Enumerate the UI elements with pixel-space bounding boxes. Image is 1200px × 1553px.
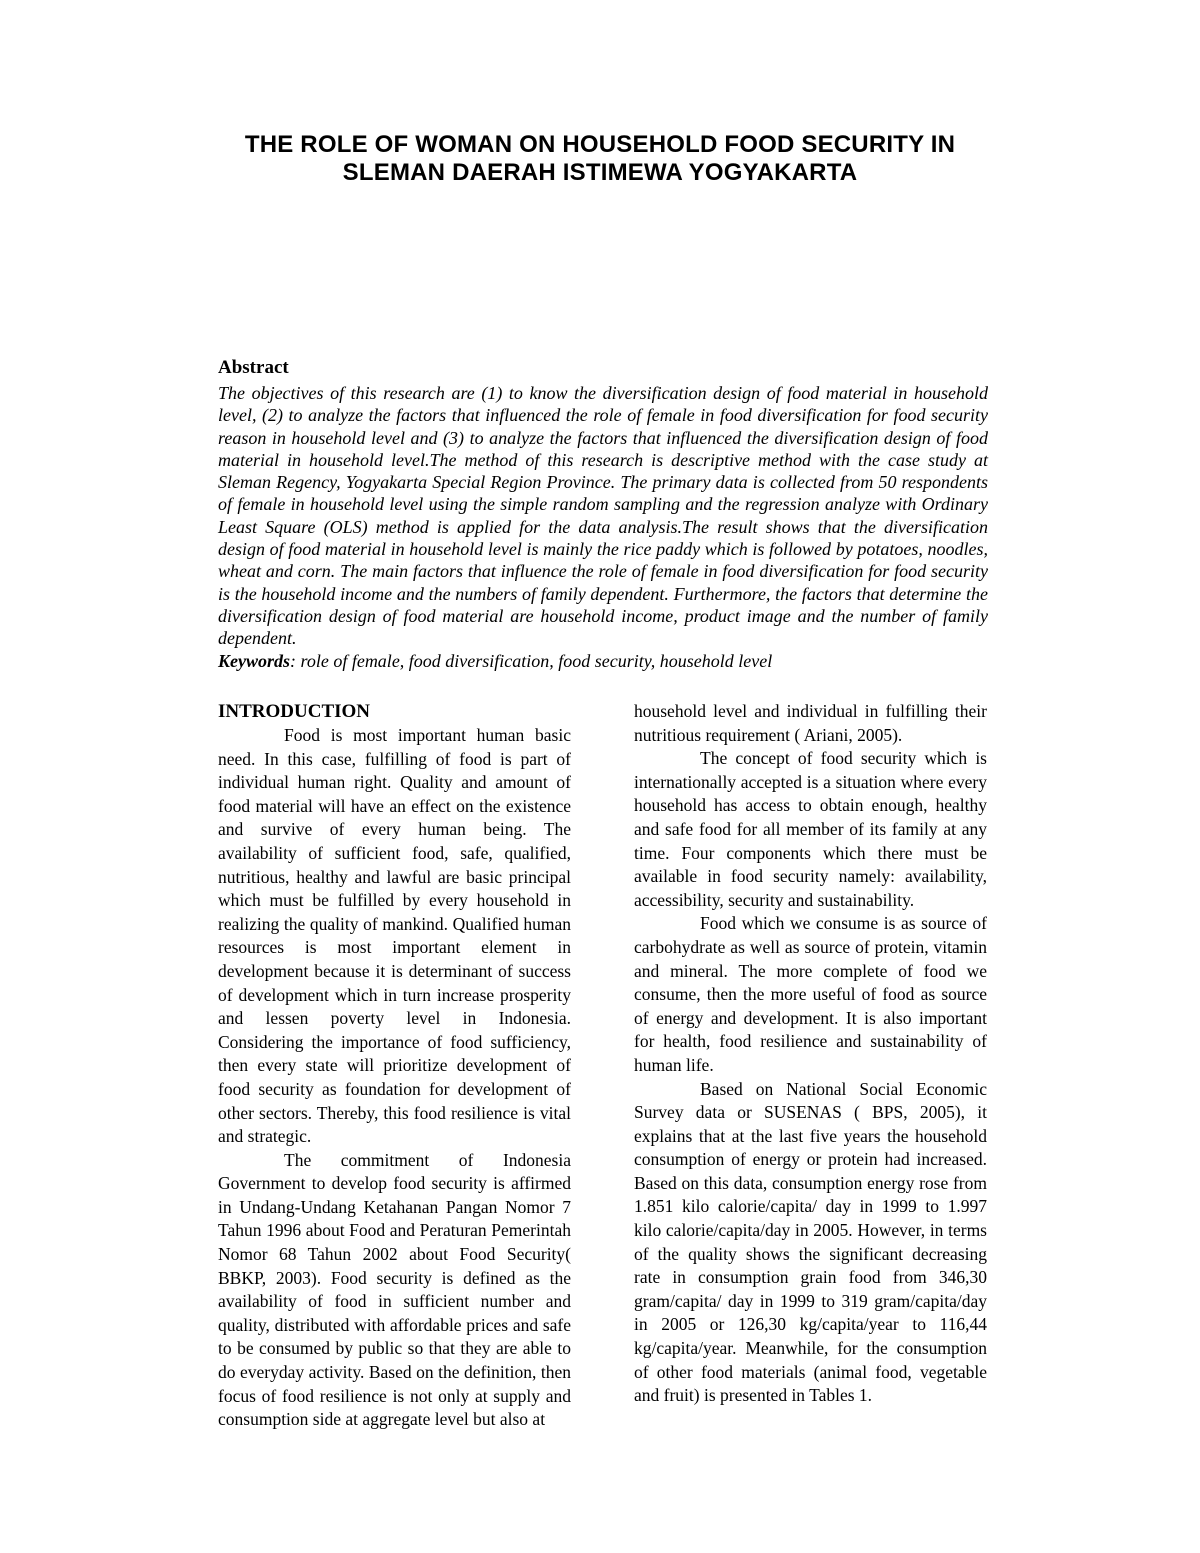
paper-title-line-2: SLEMAN DAERAH ISTIMEWA YOGYAKARTA [0, 159, 1200, 187]
paragraph-intro-right-1: household level and individual in fulfil… [634, 700, 987, 747]
right-column: household level and individual in fulfil… [634, 700, 987, 1432]
paragraph-intro-right-3: Food which we consume is as source of ca… [634, 912, 987, 1077]
paragraph-intro-left-1: Food is most important human basic need.… [218, 724, 571, 1149]
paragraph-intro-right-2: The concept of food security which is in… [634, 747, 987, 912]
paper-page: THE ROLE OF WOMAN ON HOUSEHOLD FOOD SECU… [0, 0, 1200, 1553]
paragraph-intro-right-4: Based on National Social Economic Survey… [634, 1078, 987, 1408]
abstract-section: Abstract The objectives of this research… [218, 356, 988, 672]
paper-title-line-1: THE ROLE OF WOMAN ON HOUSEHOLD FOOD SECU… [0, 131, 1200, 159]
keywords-label: Keywords [218, 651, 290, 671]
introduction-section: INTRODUCTION Food is most important huma… [218, 700, 988, 1432]
abstract-body: The objectives of this research are (1) … [218, 382, 988, 650]
abstract-heading: Abstract [218, 356, 988, 380]
introduction-heading: INTRODUCTION [218, 700, 571, 724]
left-column: INTRODUCTION Food is most important huma… [218, 700, 571, 1432]
keywords-text: : role of female, food diversification, … [290, 651, 772, 671]
keywords-line: Keywords: role of female, food diversifi… [218, 650, 988, 672]
paper-title: THE ROLE OF WOMAN ON HOUSEHOLD FOOD SECU… [0, 131, 1200, 187]
paragraph-intro-left-2: The commitment of Indonesia Government t… [218, 1149, 571, 1432]
